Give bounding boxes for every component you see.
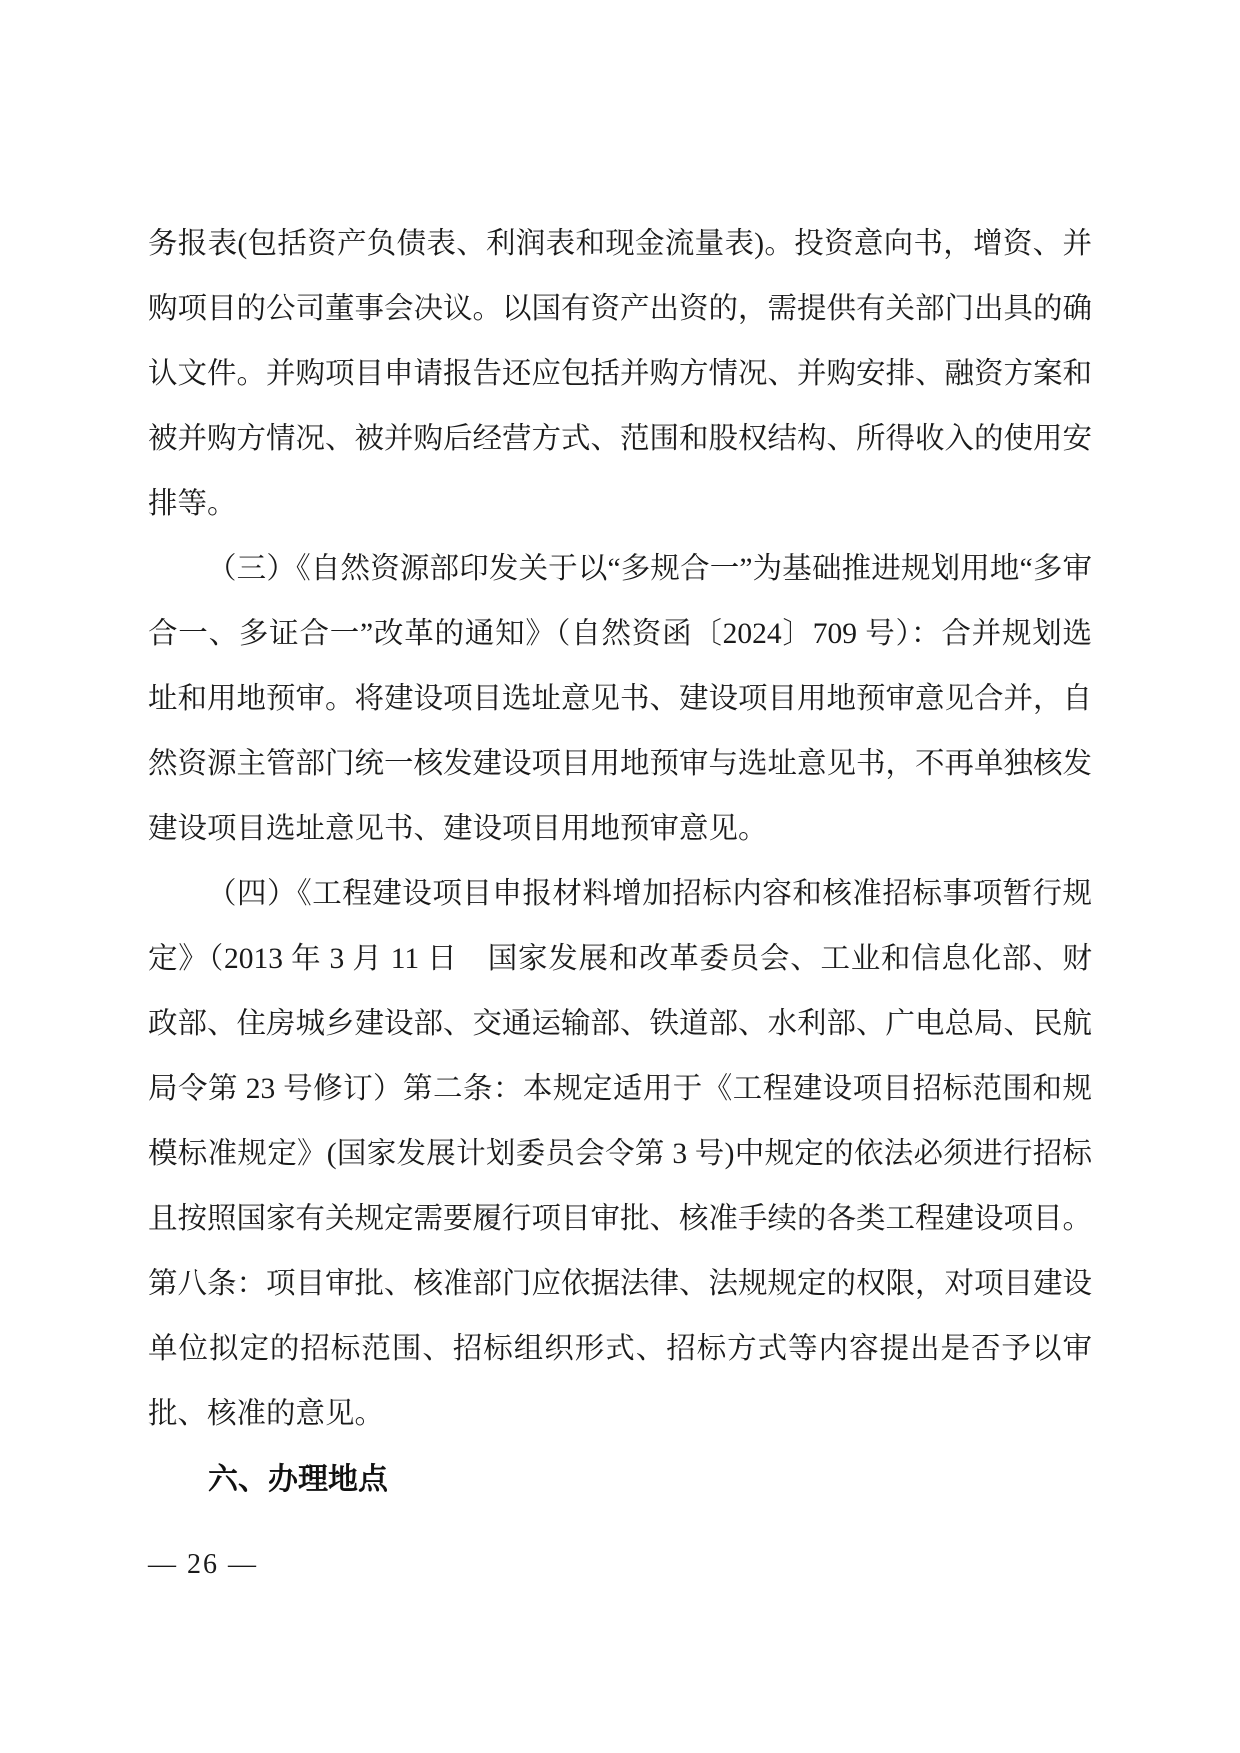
- document-body: 务报表(包括资产负债表、利润表和现金流量表)。投资意向书，增资、并购项目的公司董…: [148, 212, 1092, 1512]
- body-paragraph-item-3: （三）《自然资源部印发关于以“多规合一”为基础推进规划用地“多审合一、多证合一”…: [148, 537, 1092, 862]
- section-heading: 六、办理地点: [148, 1447, 1092, 1512]
- body-paragraph-item-4: （四）《工程建设项目申报材料增加招标内容和核准招标事项暂行规定》（2013 年 …: [148, 862, 1092, 1447]
- body-paragraph-continuation: 务报表(包括资产负债表、利润表和现金流量表)。投资意向书，增资、并购项目的公司董…: [148, 212, 1092, 537]
- document-page: 务报表(包括资产负债表、利润表和现金流量表)。投资意向书，增资、并购项目的公司董…: [0, 0, 1240, 1753]
- page-number: — 26 —: [148, 1549, 258, 1581]
